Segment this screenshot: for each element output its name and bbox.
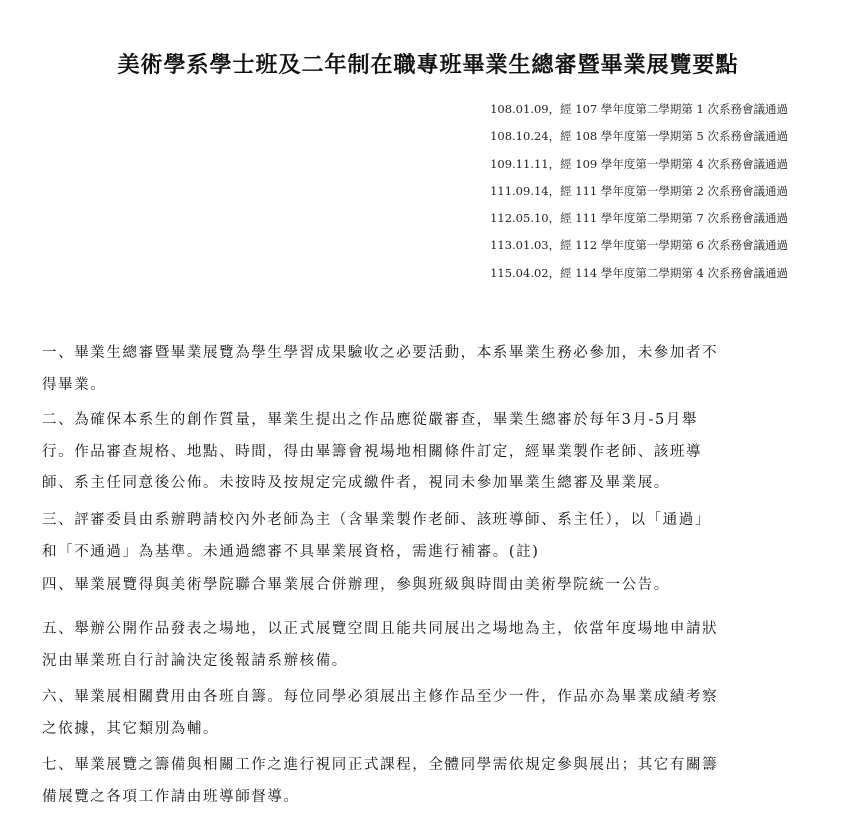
article-line: 行。作品審查規格、地點、時間，得由畢籌會視場地相關條件訂定，經畢業製作老師、該班… (42, 437, 802, 469)
article-line: 四、畢業展覽得與美術學院聯合畢業展合併辦理，參與班級與時間由美術學院統一公告。 (42, 570, 802, 602)
amendment-entry: 108.01.09，經 107 學年度第二學期第 1 次系務會議通過 (400, 96, 788, 123)
amendment-entry: 115.04.02，經 114 學年度第二學期第 4 次系務會議通過 (400, 260, 788, 287)
article-line: 七、畢業展覽之籌備與相關工作之進行視同正式課程，全體同學需依規定參與展出；其它有… (42, 750, 802, 782)
article-line: 況由畢業班自行討論決定後報請系辦核備。 (42, 646, 802, 678)
article-3: 三、評審委員由系辦聘請校內外老師為主（含畢業製作老師、該班導師、系主任），以「通… (42, 505, 802, 568)
article-line: 和「不通過」為基準。未通過總審不具畢業展資格，需進行補審。(註) (42, 537, 802, 569)
article-6: 六、畢業展相關費用由各班自籌。每位同學必須展出主修作品至少一件，作品亦為畢業成績… (42, 682, 802, 745)
amendment-entry: 112.05.10，經 111 學年度第二學期第 7 次系務會議通過 (400, 205, 788, 232)
article-line: 之依據，其它類別為輔。 (42, 714, 802, 746)
article-line: 師、系主任同意後公佈。未按時及按規定完成繳件者，視同未參加畢業生總審及畢業展。 (42, 468, 802, 500)
amendment-entry: 111.09.14，經 111 學年度第一學期第 2 次系務會議通過 (400, 178, 788, 205)
article-line: 三、評審委員由系辦聘請校內外老師為主（含畢業製作老師、該班導師、系主任），以「通… (42, 505, 802, 537)
article-line: 一、畢業生總審暨畢業展覽為學生學習成果驗收之必要活動，本系畢業生務必參加，未參加… (42, 338, 802, 370)
document-title: 美術學系學士班及二年制在職專班畢業生總審暨畢業展覽要點 (0, 48, 856, 79)
article-5: 五、舉辦公開作品發表之場地，以正式展覽空間且能共同展出之場地為主，依當年度場地申… (42, 614, 802, 677)
article-1: 一、畢業生總審暨畢業展覽為學生學習成果驗收之必要活動，本系畢業生務必參加，未參加… (42, 338, 802, 401)
article-line: 備展覽之各項工作請由班導師督導。 (42, 782, 802, 814)
article-2: 二、為確保本系生的創作質量，畢業生提出之作品應從嚴審查，畢業生總審於每年3月-5… (42, 405, 802, 500)
article-line: 五、舉辦公開作品發表之場地，以正式展覽空間且能共同展出之場地為主，依當年度場地申… (42, 614, 802, 646)
article-line: 六、畢業展相關費用由各班自籌。每位同學必須展出主修作品至少一件，作品亦為畢業成績… (42, 682, 802, 714)
amendment-entry: 109.11.11，經 109 學年度第一學期第 4 次系務會議通過 (400, 151, 788, 178)
amendment-history: 108.01.09，經 107 學年度第二學期第 1 次系務會議通過 108.1… (400, 96, 788, 287)
article-line: 得畢業。 (42, 370, 802, 402)
article-line: 二、為確保本系生的創作質量，畢業生提出之作品應從嚴審查，畢業生總審於每年3月-5… (42, 405, 802, 437)
article-4: 四、畢業展覽得與美術學院聯合畢業展合併辦理，參與班級與時間由美術學院統一公告。 (42, 570, 802, 602)
amendment-entry: 113.01.03，經 112 學年度第一學期第 6 次系務會議通過 (400, 232, 788, 259)
article-7: 七、畢業展覽之籌備與相關工作之進行視同正式課程，全體同學需依規定參與展出；其它有… (42, 750, 802, 813)
amendment-entry: 108.10.24，經 108 學年度第一學期第 5 次系務會議通過 (400, 123, 788, 150)
